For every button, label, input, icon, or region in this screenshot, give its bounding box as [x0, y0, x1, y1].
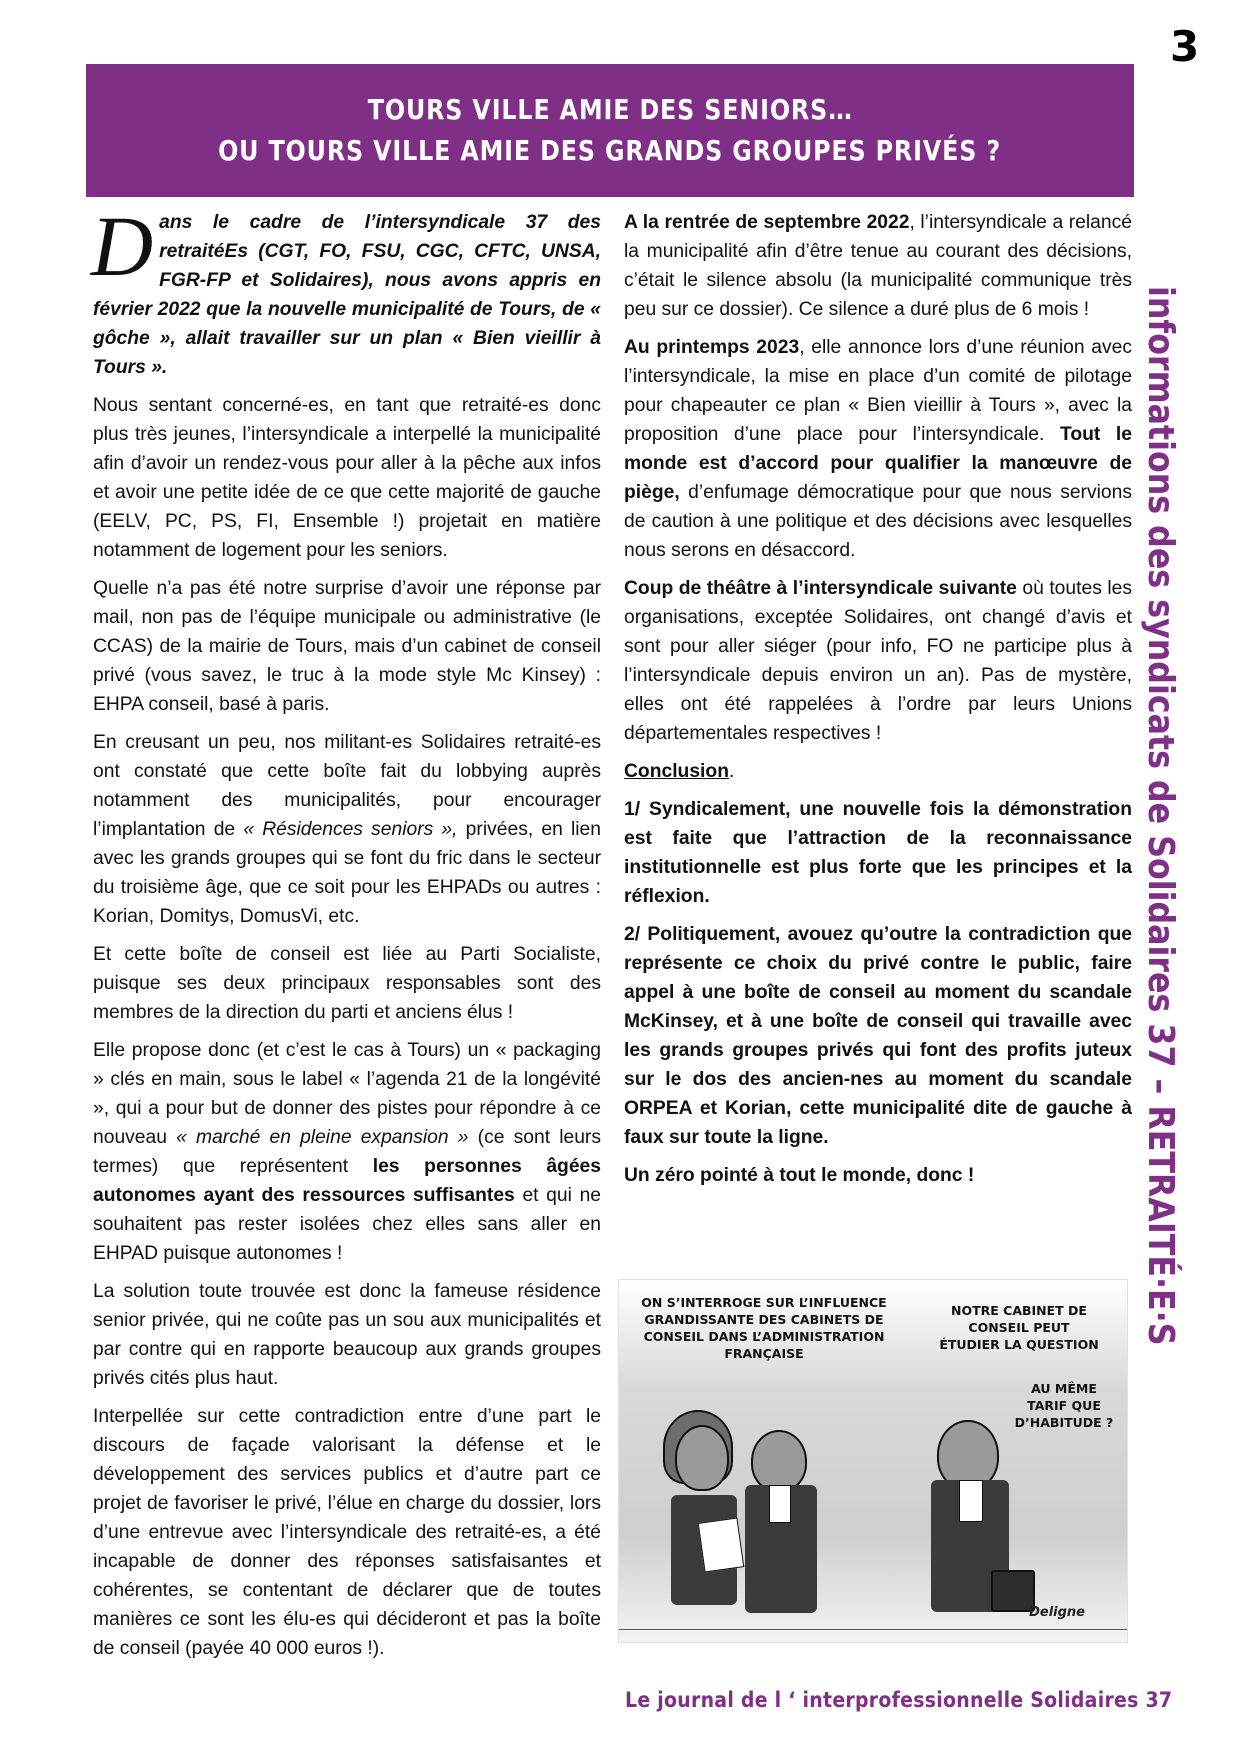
- paragraph: Elle propose donc (et c’est le cas à Tou…: [93, 1036, 601, 1268]
- title-line-1: Tours ville amie des seniors…: [368, 90, 853, 131]
- dropcap: D: [91, 214, 153, 278]
- woman-head: [675, 1425, 729, 1491]
- side-banner: informations des syndicats de Solidaires…: [1140, 318, 1220, 1458]
- right-column: A la rentrée de septembre 2022, l’inters…: [624, 208, 1132, 1199]
- title-banner: Tours ville amie des seniors… ou Tours v…: [86, 64, 1134, 197]
- conclusion-point-1: 1/ Syndicalement, une nouvelle fois la d…: [624, 795, 1132, 911]
- text-run: .: [729, 761, 734, 782]
- bold-text: Coup de théâtre à l’intersyndicale suiva…: [624, 578, 1017, 599]
- conclusion-label: Conclusion: [624, 761, 729, 782]
- text-run: où toutes les organisations, exceptée So…: [624, 578, 1132, 744]
- paragraph: Au printemps 2023, elle annonce lors d’u…: [624, 333, 1132, 565]
- speech-bubble-right-1: Notre cabinet de conseil peut étudier la…: [939, 1302, 1099, 1353]
- intro-text: ans le cadre de l’intersyndicale 37 des …: [93, 212, 601, 378]
- title-line-2: ou Tours ville amie des grands groupes p…: [219, 131, 1002, 172]
- cartoonist-signature: Deligne: [1029, 1605, 1085, 1620]
- paragraph: Interpellée sur cette contradiction entr…: [93, 1402, 601, 1663]
- left-column: Dans le cadre de l’intersyndicale 37 des…: [93, 208, 601, 1672]
- paragraph: La solution toute trouvée est donc la fa…: [93, 1277, 601, 1393]
- paragraph: Et cette boîte de conseil est liée au Pa…: [93, 940, 601, 1027]
- conclusion-heading: Conclusion.: [624, 757, 1132, 786]
- consultant-shirt: [959, 1480, 983, 1522]
- paragraph: Coup de théâtre à l’intersyndicale suiva…: [624, 574, 1132, 748]
- speech-bubble-right-2: Au même tarif que d’habitude ?: [1014, 1380, 1114, 1431]
- paragraph: Nous sentant concerné-es, en tant que re…: [93, 391, 601, 565]
- paper-sheet: [698, 1517, 745, 1572]
- bold-text: Au printemps 2023: [624, 337, 799, 358]
- speech-bubble-left: On s’interroge sur l’influence grandissa…: [639, 1294, 889, 1362]
- text-run: d’enfumage démocratique pour que nous se…: [624, 482, 1132, 561]
- man-head: [751, 1430, 807, 1492]
- conclusion-final: Un zéro pointé à tout le monde, donc !: [624, 1161, 1132, 1190]
- cartoon-illustration: On s’interroge sur l’influence grandissa…: [618, 1279, 1128, 1643]
- footer-journal-title: Le journal de l ‘ interprofessionnelle S…: [625, 1688, 1172, 1712]
- man-shirt: [769, 1485, 791, 1523]
- side-banner-text: informations des syndicats de Solidaires…: [1140, 286, 1181, 1346]
- paragraph: A la rentrée de septembre 2022, l’inters…: [624, 208, 1132, 324]
- bold-text: A la rentrée de septembre 2022: [624, 212, 909, 233]
- conclusion-point-2: 2/ Politiquement, avouez qu’outre la con…: [624, 920, 1132, 1152]
- paragraph: En creusant un peu, nos militant-es Soli…: [93, 728, 601, 931]
- italic-quote: « marché en pleine expansion »: [176, 1127, 468, 1148]
- page-number: 3: [1170, 26, 1199, 68]
- intro-paragraph: Dans le cadre de l’intersyndicale 37 des…: [93, 208, 601, 382]
- ground-line: [619, 1629, 1127, 1630]
- italic-quote: « Résidences seniors »,: [243, 819, 457, 840]
- paragraph: Quelle n’a pas été notre surprise d’avoi…: [93, 574, 601, 719]
